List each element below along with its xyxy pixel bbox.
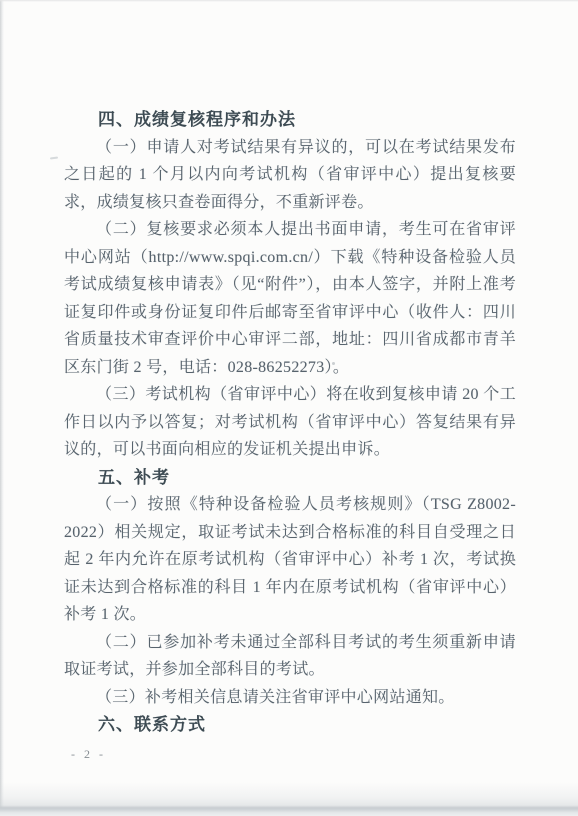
paragraph: （二）复核要求必须本人提出书面申请，考生可在省审评中心网站（http://www… (64, 216, 516, 381)
scanned-document-page: 四、成绩复核程序和办法 （一）申请人对考试结果有异议的，可以在考试结果发布之日起… (0, 0, 578, 816)
paragraph: （三）考试机构（省审评中心）将在收到复核申请 20 个工作日以内予以答复；对考试… (64, 381, 516, 464)
scan-bottom-shadow-artifact (0, 782, 578, 816)
document-body: 四、成绩复核程序和办法 （一）申请人对考试结果有异议的，可以在考试结果发布之日起… (0, 0, 578, 739)
paragraph: （二）已参加补考未通过全部科目考试的考生须重新申请取证考试，并参加全部科目的考试… (64, 629, 516, 684)
page-number: - 2 - (71, 747, 106, 762)
scan-top-edge-artifact (0, 0, 578, 2)
paragraph: （一）按照《特种设备检验人员考核规则》（TSG Z8002-2022）相关规定，… (64, 491, 516, 629)
section-score-review: 四、成绩复核程序和办法 （一）申请人对考试结果有异议的，可以在考试结果发布之日起… (64, 106, 516, 464)
section-heading: 五、补考 (64, 464, 516, 492)
scan-noise-speck (332, 362, 335, 365)
section-heading: 四、成绩复核程序和办法 (64, 106, 516, 134)
section-contact-info: 六、联系方式 (64, 711, 516, 739)
paragraph: （三）补考相关信息请关注省审评中心网站通知。 (64, 684, 516, 712)
section-makeup-exam: 五、补考 （一）按照《特种设备检验人员考核规则》（TSG Z8002-2022）… (64, 464, 516, 712)
scan-left-edge-artifact (0, 0, 4, 816)
section-heading: 六、联系方式 (64, 711, 516, 739)
paragraph: （一）申请人对考试结果有异议的，可以在考试结果发布之日起的 1 个月以内向考试机… (64, 134, 516, 217)
